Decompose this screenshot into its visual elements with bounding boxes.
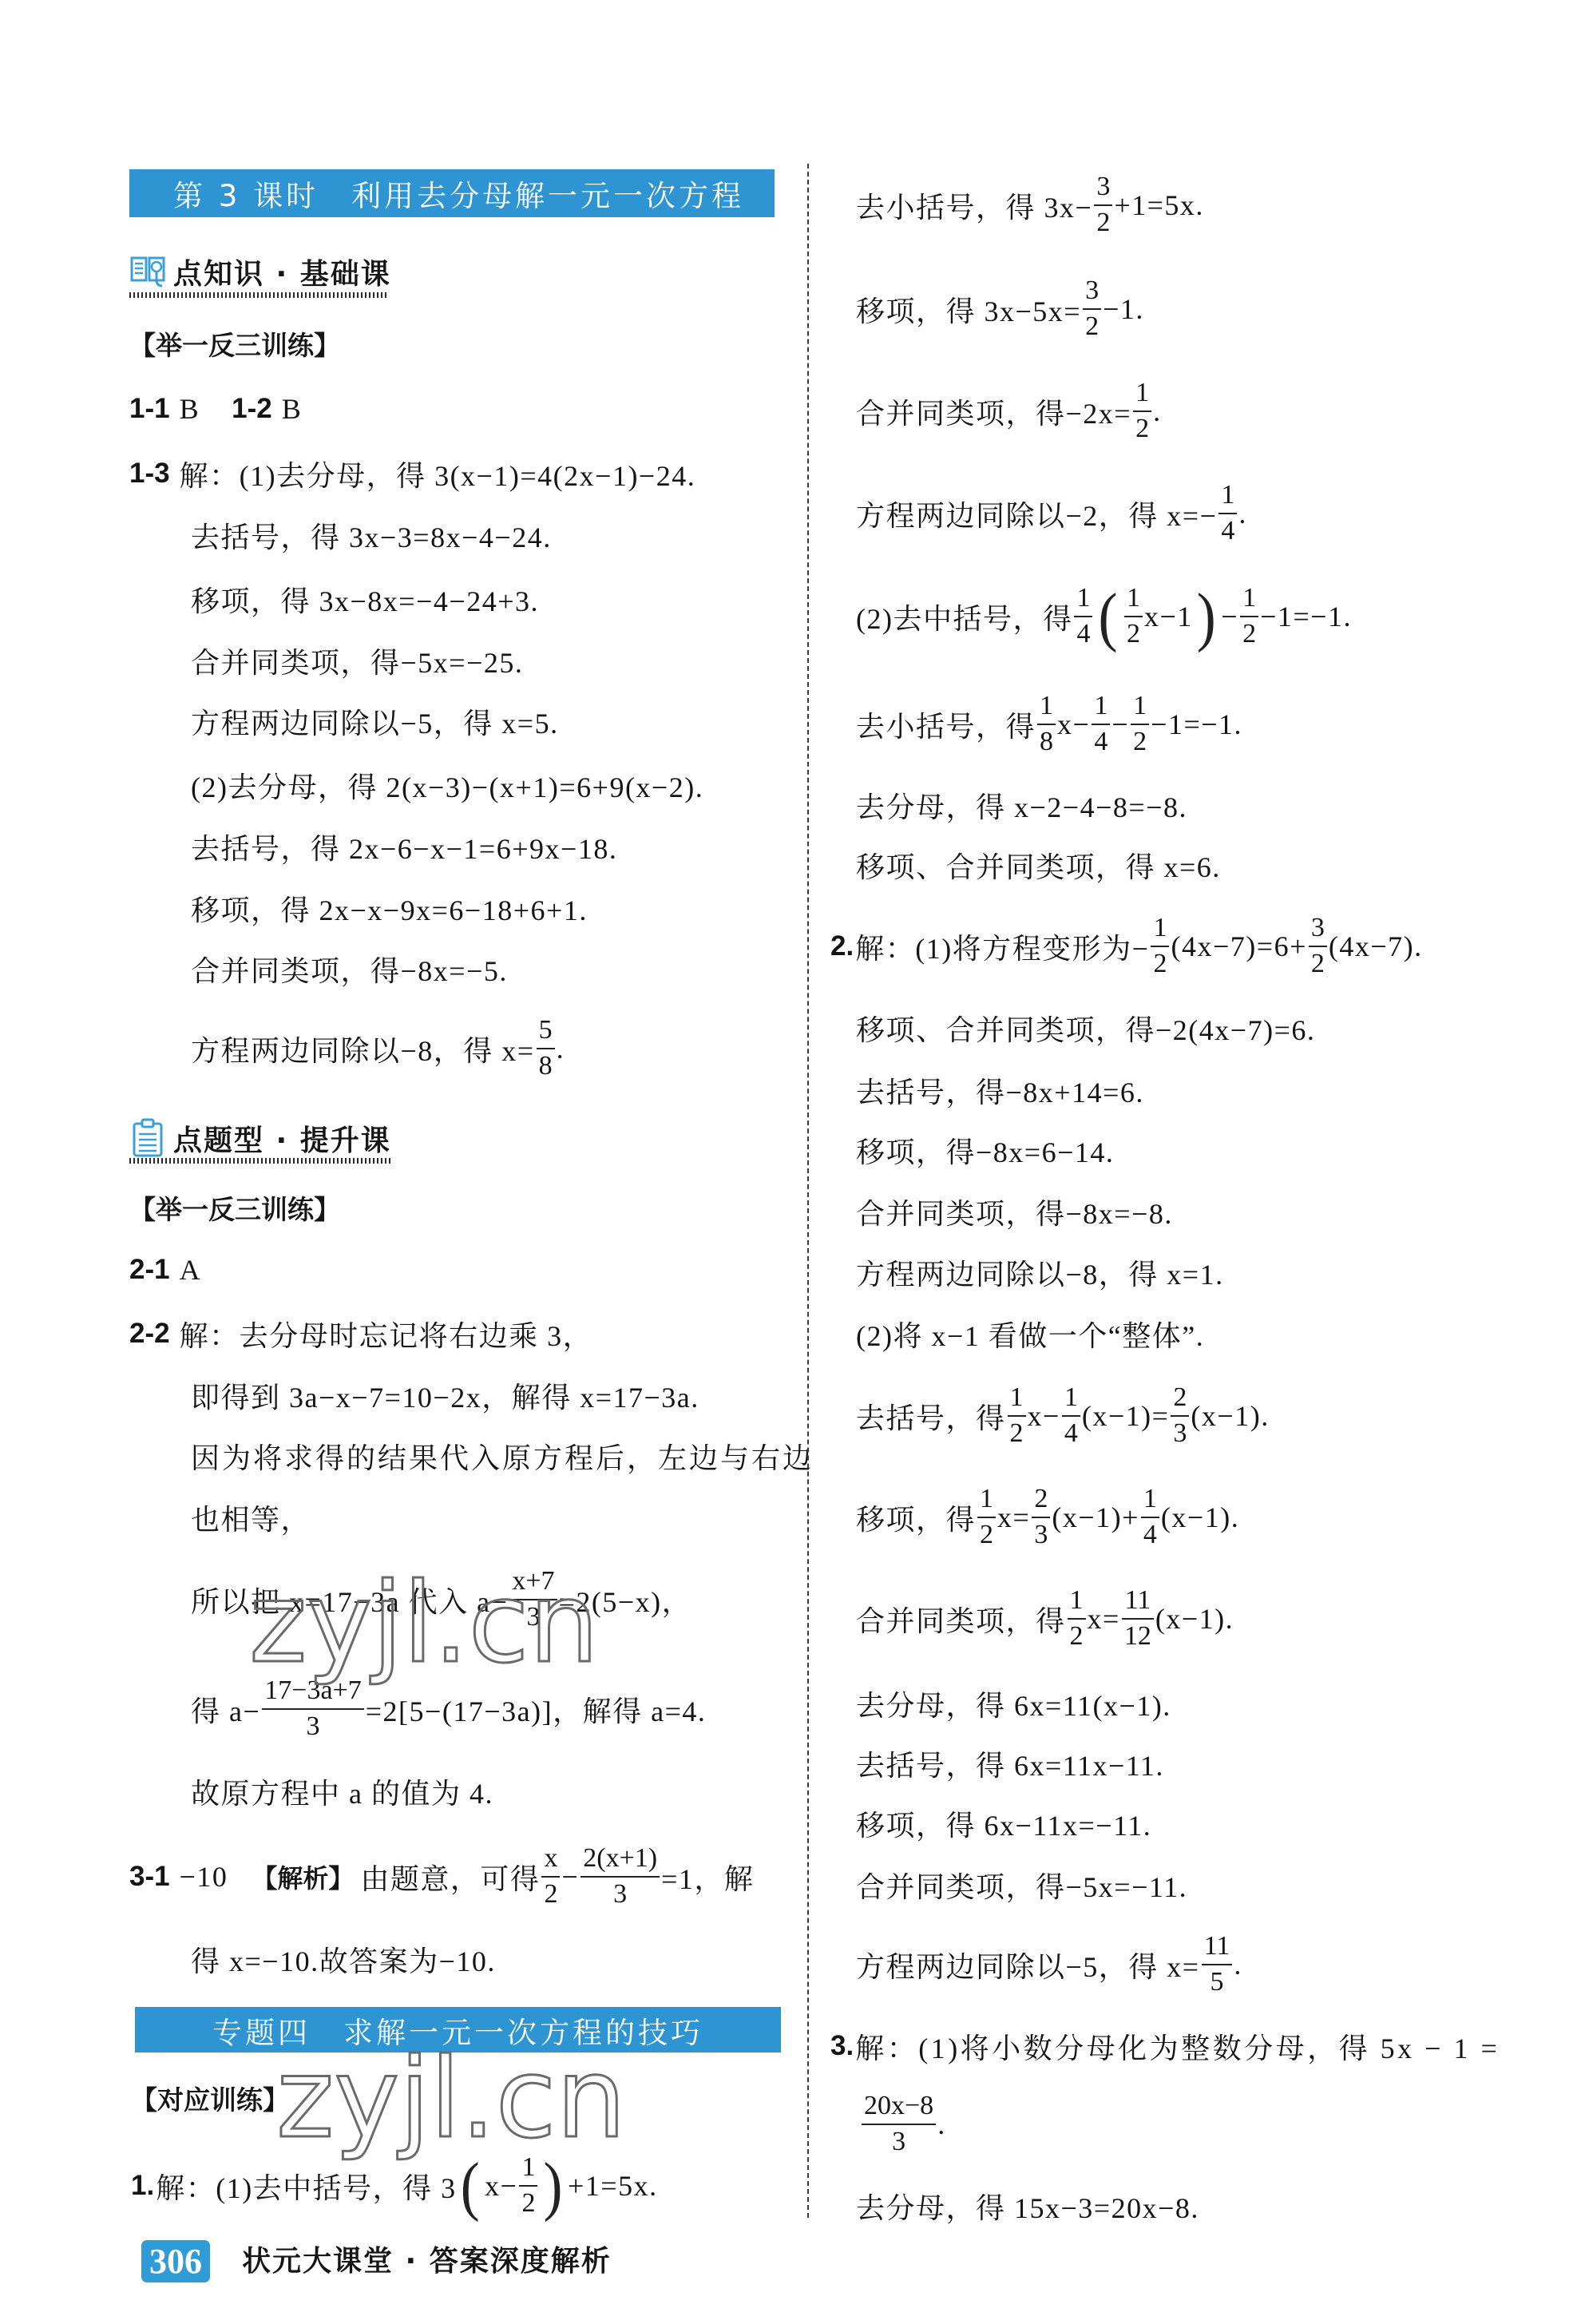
question-number: 3-1: [129, 1861, 170, 1893]
math-text: 方程两边同除以−8，得 x=: [191, 1029, 535, 1069]
solution-line: 移项，得 12 x= 23 (x−1)+ 14 (x−1).: [856, 1477, 1239, 1557]
topic-banner: 专题四 求解一元一次方程的技巧: [135, 2007, 781, 2052]
fraction: 12: [1068, 1586, 1086, 1651]
math-text: 去括号，得 6x=11x−11.: [856, 1743, 1164, 1784]
fraction: 23: [1032, 1485, 1050, 1549]
question-number: 3.: [830, 2030, 854, 2062]
solution-line: 方程两边同除以−5，得 x= 115 .: [856, 1925, 1242, 2005]
solution-line: 也相等，: [191, 1477, 311, 1557]
fraction: 17−3a+73: [262, 1676, 363, 1741]
math-text: −: [1221, 600, 1238, 633]
fraction-numerator: x: [541, 1844, 560, 1876]
solution-line: 合并同类项，得−5x=−11.: [856, 1845, 1187, 1925]
section-heading-advanced: 点题型 · 提升课: [173, 1118, 391, 1158]
fraction: 23: [1171, 1383, 1189, 1448]
solution-line: 2. 解：(1)将方程变形为− 12 (4x−7)=6+ 32 (4x−7).: [830, 906, 1423, 986]
answer-choice: B: [180, 392, 200, 426]
math-text: −: [1111, 708, 1129, 741]
big-parenthesis-close: ): [1197, 584, 1217, 650]
section-heading-advanced-title: 点题型 · 提升课: [173, 1118, 391, 1159]
fraction-numerator: 5: [537, 1016, 555, 1048]
fraction-numerator: 1: [1068, 1586, 1086, 1618]
fraction-numerator: 1: [1131, 692, 1149, 724]
math-text: x−1: [1144, 600, 1193, 633]
fraction-numerator: 11: [1202, 1932, 1233, 1964]
math-text: 移项、合并同类项，得 x=6.: [856, 845, 1221, 886]
math-text: (2)去分母，得 2(x−3)−(x+1)=6+9(x−2).: [191, 765, 703, 806]
lesson-banner: 第 3 课时 利用去分母解一元一次方程: [129, 169, 775, 217]
solution-line: 得 a− 17−3a+73 =2[5−(17−3a)]，解得 a=4.: [191, 1669, 706, 1749]
math-text: 移项，得 3x−5x=: [856, 289, 1081, 330]
question-number: 2-1: [129, 1254, 170, 1286]
math-text: 移项，得 6x−11x=−11.: [856, 1803, 1151, 1844]
math-text: 由题意，可得: [360, 1857, 540, 1898]
math-text: x=: [997, 1501, 1030, 1534]
question-number: 2-2: [129, 1318, 170, 1350]
fraction-numerator: 1: [1133, 379, 1151, 410]
solution-line: 20x−83 .: [860, 2084, 946, 2164]
fraction-numerator: 3: [1309, 914, 1327, 946]
fraction: 18: [1037, 692, 1056, 756]
solution-line: 1. 解：(1)去中括号，得 3 ( x− 12 ) +1=5x.: [131, 2146, 658, 2226]
math-text: 合并同类项，得−8x=−8.: [856, 1192, 1173, 1232]
fraction-denominator: 5: [1202, 1964, 1233, 1997]
fraction-numerator: 1: [1008, 1383, 1026, 1415]
fraction-denominator: 3: [1171, 1415, 1189, 1449]
solution-line: 所以把 x=17−3a 代入 a− x+73 =2(5−x)，: [191, 1560, 691, 1640]
fraction-numerator: 1: [1092, 692, 1110, 724]
math-text: (x−1)=: [1082, 1399, 1170, 1433]
math-text: 解：(1)去分母，得 3(x−1)=4(2x−1)−24.: [180, 454, 696, 494]
math-text: 去分母，得 15x−3=20x−8.: [856, 2186, 1199, 2227]
solution-line: 合并同类项，得 12 x= 1112 (x−1).: [856, 1579, 1234, 1659]
fraction: 12: [1008, 1383, 1026, 1448]
fraction: 32: [1309, 914, 1327, 978]
math-text: x−: [1057, 708, 1090, 741]
solution-line: (2)将 x−1 看做一个“整体”.: [856, 1294, 1204, 1374]
math-text: =1，解: [661, 1857, 754, 1898]
practice-label: 【举一反三训练】: [129, 1190, 340, 1230]
math-text: 故原方程中 a 的值为 4.: [191, 1771, 493, 1812]
question-number: 1-2: [232, 393, 272, 425]
math-text: 去括号，得: [856, 1396, 1006, 1437]
math-text: 去括号，得 2x−6−x−1=6+9x−18.: [191, 827, 617, 867]
answer-choice: A: [180, 1253, 202, 1287]
math-text: (2)将 x−1 看做一个“整体”.: [856, 1314, 1204, 1354]
clipboard-icon: [132, 1118, 164, 1162]
solution-line: 去分母，得 15x−3=20x−8.: [856, 2166, 1199, 2246]
fraction-denominator: 3: [262, 1708, 363, 1742]
math-text: (x−1)+: [1052, 1501, 1139, 1534]
fraction-denominator: 4: [1092, 724, 1110, 757]
lesson-banner-title: 第 3 课时 利用去分母解一元一次方程: [173, 172, 744, 215]
fraction-denominator: 2: [1008, 1415, 1026, 1449]
math-text: 移项、合并同类项，得−2(4x−7)=6.: [856, 1008, 1315, 1049]
math-text: (4x−7).: [1329, 930, 1423, 963]
math-text: 去分母，得 6x=11(x−1).: [856, 1684, 1171, 1724]
heading-hatch-underline: [129, 1158, 393, 1164]
question-number: 1-3: [129, 458, 170, 490]
math-text: 合并同类项，得: [856, 1599, 1066, 1640]
fraction: 14: [1092, 692, 1110, 756]
big-parenthesis-open: (: [461, 2153, 481, 2219]
math-text: x=: [1088, 1602, 1120, 1636]
math-text: 所以把 x=17−3a 代入 a−: [191, 1580, 508, 1620]
solution-line: 故原方程中 a 的值为 4.: [191, 1751, 493, 1831]
math-text: −: [561, 1860, 579, 1894]
fraction: 14: [1062, 1383, 1080, 1448]
fraction-numerator: x+7: [509, 1567, 557, 1599]
fraction-numerator: 3: [1083, 276, 1101, 308]
fraction-denominator: 8: [537, 1048, 555, 1081]
big-parenthesis-open: (: [1098, 584, 1118, 650]
solution-line: 去括号，得 12 x− 14 (x−1)= 23 (x−1).: [856, 1376, 1270, 1456]
math-text: 去小括号，得: [856, 704, 1036, 745]
math-text: 去小括号，得 3x−: [856, 185, 1092, 226]
math-text: .: [1238, 497, 1247, 530]
math-text: +1=5x.: [1114, 188, 1204, 222]
fraction-denominator: 2: [1131, 724, 1149, 757]
math-text: −1.: [1103, 292, 1144, 326]
heading-hatch-underline: [129, 292, 389, 298]
fraction-numerator: 2: [1032, 1485, 1050, 1517]
fraction-denominator: 2: [1151, 946, 1169, 979]
math-text: .: [1153, 395, 1162, 428]
math-text: 合并同类项，得−5x=−11.: [856, 1865, 1187, 1906]
fraction-numerator: 1: [1151, 914, 1169, 946]
math-text: 合并同类项，得−2x=: [856, 391, 1131, 432]
math-text: 得 a−: [191, 1689, 260, 1730]
solution-line: 移项，得 3x−5x= 32 −1.: [856, 269, 1144, 349]
math-text: (x−1).: [1191, 1399, 1269, 1433]
math-text: (4x−7)=6+: [1171, 930, 1306, 963]
fraction-denominator: 3: [862, 2124, 936, 2157]
solution-line: 3. 解：(1)将小数分母化为整数分母，得 5x − 1 =: [830, 2006, 1500, 2086]
fraction-denominator: 2: [1240, 616, 1258, 649]
answer-value: −10: [180, 1860, 228, 1894]
math-text: 方程两边同除以−5，得 x=5.: [191, 701, 559, 742]
fraction-denominator: 3: [509, 1599, 557, 1632]
solution-line: 合并同类项，得−2x= 12 .: [856, 371, 1162, 451]
math-text: 方程两边同除以−8，得 x=1.: [856, 1252, 1224, 1293]
math-text: 移项，得: [856, 1497, 976, 1538]
fraction-denominator: 2: [1094, 204, 1112, 238]
fraction-numerator: 1: [1124, 584, 1143, 616]
math-text: 去括号，得−8x+14=6.: [856, 1070, 1144, 1111]
fraction-numerator: 2: [1171, 1383, 1189, 1415]
math-text: 解：(1)去中括号，得 3: [156, 2166, 456, 2207]
solution-line: 移项、合并同类项，得 x=6.: [856, 825, 1221, 905]
math-text: 解：去分母时忘记将右边乘 3，: [180, 1314, 593, 1354]
fraction: 2(x+1)3: [581, 1844, 660, 1909]
fraction-denominator: 2: [977, 1517, 996, 1550]
fraction-denominator: 2: [519, 2185, 537, 2219]
fraction: 12: [977, 1485, 996, 1549]
solution-line: 去小括号，得 3x− 32 +1=5x.: [856, 165, 1204, 245]
fraction: 12: [1240, 584, 1258, 648]
fraction-denominator: 3: [1032, 1517, 1050, 1550]
fraction-denominator: 2: [1309, 946, 1327, 979]
math-text: 得 x=−10.故答案为−10.: [191, 1939, 496, 1980]
math-text: 移项，得 2x−x−9x=6−18+6+1.: [191, 888, 588, 929]
math-text: −1=−1.: [1151, 708, 1242, 741]
fraction: 12: [1151, 914, 1169, 978]
fraction-denominator: 4: [1062, 1415, 1080, 1449]
question-number: 1-1: [129, 393, 170, 425]
solution-line: 得 x=−10.故答案为−10.: [191, 1919, 496, 1999]
fraction-numerator: 1: [1240, 584, 1258, 616]
math-text: .: [937, 2108, 946, 2141]
question-number: 2.: [830, 930, 854, 962]
fraction-denominator: 4: [1141, 1517, 1159, 1550]
topic-banner-title: 专题四 求解一元一次方程的技巧: [212, 2009, 703, 2052]
math-text: 解：(1)将小数分母化为整数分母，得 5x − 1 =: [855, 2026, 1500, 2067]
page-number-badge: 306: [141, 2240, 210, 2282]
big-parenthesis-close: ): [543, 2153, 563, 2219]
fraction: x+73: [509, 1567, 557, 1632]
fraction: x2: [541, 1844, 560, 1909]
fraction: 1112: [1122, 1586, 1154, 1651]
fraction-numerator: 11: [1122, 1586, 1154, 1618]
math-text: +1=5x.: [568, 2169, 658, 2203]
math-text: (x−1).: [1161, 1501, 1239, 1534]
solution-line: 方程两边同除以−8，得 x= 58 .: [191, 1009, 565, 1089]
fraction-numerator: 3: [1094, 173, 1112, 204]
math-text: .: [1234, 1948, 1242, 1981]
math-text: 去括号，得 3x−3=8x−4−24.: [191, 515, 552, 556]
fraction: 58: [537, 1016, 555, 1081]
column-divider: [807, 164, 809, 2218]
section-heading-basic: 点知识 · 基础课: [173, 252, 391, 291]
math-text: .: [557, 1032, 565, 1065]
math-text: 方程两边同除以−2，得 x=−: [856, 494, 1217, 534]
math-text: −1=−1.: [1260, 600, 1352, 633]
math-text: (2)去中括号，得: [856, 597, 1072, 637]
fraction-denominator: 2: [1133, 410, 1151, 444]
book-magnifier-icon: [129, 253, 168, 294]
solution-line: 3-1 −10 【解析】 由题意，可得 x2 − 2(x+1)3 =1，解: [129, 1837, 754, 1917]
fraction: 14: [1141, 1485, 1159, 1549]
fraction: 14: [1074, 584, 1092, 648]
analysis-tag: 【解析】: [252, 1858, 354, 1895]
math-text: 因为将求得的结果代入原方程后，左边与右边: [191, 1436, 814, 1477]
fraction: 20x−83: [862, 2092, 936, 2156]
fraction-numerator: 1: [1062, 1383, 1080, 1415]
fraction: 12: [519, 2153, 537, 2218]
fraction-numerator: 1: [1141, 1485, 1159, 1517]
math-text: (x−1).: [1155, 1602, 1234, 1636]
page-number: 306: [149, 2241, 202, 2282]
fraction: 14: [1218, 481, 1237, 545]
math-text: 解：(1)将方程变形为−: [855, 926, 1149, 967]
fraction: 115: [1202, 1932, 1233, 1997]
solution-line: 方程两边同除以−2，得 x=− 14 .: [856, 474, 1247, 553]
math-text: 合并同类项，得−5x=−25.: [191, 640, 523, 681]
fraction-denominator: 8: [1037, 724, 1056, 757]
math-text: 移项，得−8x=6−14.: [856, 1130, 1114, 1171]
fraction-numerator: 20x−8: [862, 2092, 936, 2124]
fraction-denominator: 2: [1124, 616, 1143, 649]
fraction-denominator: 2: [1068, 1618, 1086, 1652]
fraction: 32: [1083, 276, 1101, 341]
book-title: 状元大课堂 · 答案深度解析: [242, 2242, 612, 2282]
math-text: 移项，得 3x−8x=−4−24+3.: [191, 579, 539, 620]
fraction-denominator: 4: [1074, 616, 1092, 649]
math-text: 即得到 3a−x−7=10−2x，解得 x=17−3a.: [191, 1375, 699, 1416]
section-heading-basic-title: 点知识 · 基础课: [173, 252, 391, 292]
answer-choice: B: [282, 392, 303, 426]
question-number: 1.: [131, 2170, 154, 2202]
fraction: 12: [1124, 584, 1143, 648]
practice-label: 【举一反三训练】: [129, 326, 340, 366]
math-text: 也相等，: [191, 1497, 311, 1538]
fraction-denominator: 2: [1083, 308, 1101, 342]
math-text: x−: [485, 2169, 517, 2203]
fraction-numerator: 1: [519, 2153, 537, 2185]
fraction: 12: [1133, 379, 1151, 443]
math-text: x−: [1028, 1399, 1060, 1433]
math-text: =2(5−x)，: [559, 1580, 692, 1620]
solution-line: 去小括号，得 18 x− 14 − 12 −1=−1.: [856, 684, 1242, 764]
practice-label: 【对应训练】: [131, 2080, 289, 2120]
fraction-denominator: 12: [1122, 1618, 1154, 1652]
fraction: 32: [1094, 173, 1112, 237]
math-text: 合并同类项，得−8x=−5.: [191, 949, 508, 989]
fraction-numerator: 1: [977, 1485, 996, 1517]
fraction-numerator: 1: [1074, 584, 1092, 616]
fraction: 12: [1131, 692, 1149, 756]
watermark-text: zyjl.cn: [276, 2034, 626, 2163]
fraction-numerator: 17−3a+7: [262, 1676, 363, 1708]
fraction-numerator: 1: [1218, 481, 1237, 513]
solution-line: 合并同类项，得−8x=−5.: [191, 929, 508, 1009]
math-text: 方程两边同除以−5，得 x=: [856, 1945, 1200, 1985]
math-text: =2[5−(17−3a)]，解得 a=4.: [366, 1689, 707, 1730]
fraction-denominator: 3: [581, 1876, 660, 1910]
fraction-denominator: 4: [1218, 513, 1237, 546]
solution-line: (2)去中括号，得 14 ( 12 x−1 ) − 12 −1=−1.: [856, 577, 1352, 656]
fraction-numerator: 2(x+1): [581, 1844, 660, 1876]
math-text: 去分母，得 x−2−4−8=−8.: [856, 785, 1187, 826]
fraction-denominator: 2: [541, 1876, 560, 1910]
fraction-numerator: 1: [1037, 692, 1056, 724]
